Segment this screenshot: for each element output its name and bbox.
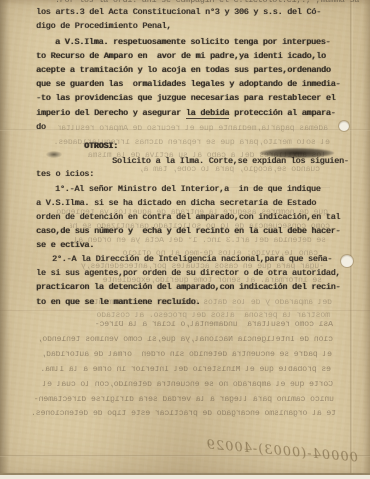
typed-line: a V.S.Ilma. respetuosamente solicito ten… bbox=[55, 39, 330, 47]
typed-line: do bbox=[36, 124, 46, 132]
typed-line: los arts.3 del Acta Constitucional n°3 y… bbox=[36, 9, 321, 17]
typed-line: acepte a tramitación y lo acoja en todas… bbox=[36, 67, 331, 75]
typed-line: 1°.-Al señor Ministro del Interior,a in … bbox=[55, 186, 321, 194]
ink-smudge bbox=[260, 148, 334, 158]
typed-segment: imperio del Derecho y asegurar bbox=[36, 109, 186, 118]
typed-line: orden de detención en contra del amparad… bbox=[36, 214, 340, 222]
typed-line-with-underline: imperio del Derecho y asegurar la debida… bbox=[36, 110, 335, 118]
typed-line: to en que se le mantiene recluído. bbox=[36, 299, 200, 307]
typed-line: -to las providencias que juzgue necesari… bbox=[36, 95, 335, 103]
typed-line: que se guarden las ormalidades legales y… bbox=[36, 81, 340, 89]
typed-line: caso,de sus número y echa y del recinto … bbox=[36, 228, 340, 236]
otrosi-heading: OTROSI: bbox=[84, 143, 118, 151]
typed-line: to Recurso de Amparo en avor de mi padre… bbox=[36, 53, 326, 61]
typed-line: .Por los la ordi. ani se cumpagin el c.l… bbox=[55, 0, 359, 5]
typed-text-layer: .Por los la ordi. ani se cumpagin el c.l… bbox=[0, 0, 370, 473]
typed-line: tes o icios: bbox=[36, 171, 94, 179]
typed-line: se e ectiva. bbox=[36, 242, 94, 250]
typed-line: le si sus agentes,por orden de su direct… bbox=[36, 270, 340, 278]
typed-line: digo de Procedimiento Penal, bbox=[36, 23, 171, 31]
typed-line: 2°.-A la Dirección de Inteligencia nacio… bbox=[52, 256, 332, 264]
underlined-phrase: la debida bbox=[186, 109, 229, 119]
scan-background-strip bbox=[0, 475, 370, 479]
ink-smudge bbox=[46, 151, 62, 158]
paper-sheet: además pagarla,mediante que el recurso d… bbox=[0, 0, 370, 475]
typed-segment: protección al ampara- bbox=[229, 109, 335, 118]
typed-line: a V.S.Ilma. si se ha dictado en dicha se… bbox=[36, 200, 316, 208]
typed-line: practicaron la detención del amparado,co… bbox=[36, 284, 340, 292]
typed-line: Solicito a la Ilma. Corte,se expidan los… bbox=[112, 158, 349, 166]
